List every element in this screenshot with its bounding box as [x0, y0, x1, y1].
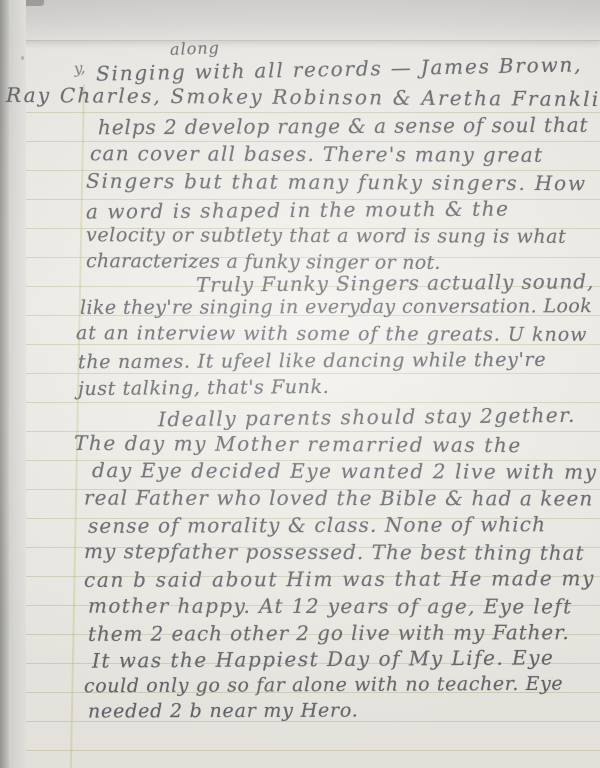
handwriting-line-07: velocity or subtlety that a word is sung…	[86, 225, 566, 249]
handwriting-line-21: mother happy. At 12 years of age, Eye le…	[88, 595, 573, 619]
handwriting-line-10: like they're singing in everyday convers…	[80, 296, 592, 320]
handwriting-line-14: Ideally parents should stay 2gether.	[158, 404, 576, 431]
handwriting-line-09: Truly Funky Singers actually sound,	[196, 270, 594, 296]
handwriting-line-11: at an interview with some of the greats.…	[76, 323, 588, 347]
handwriting-line-01: Singing with all records — James Brown,	[96, 53, 583, 85]
handwriting-line-23: It was the Happiest Day of My Life. Eye	[92, 646, 555, 672]
left-edge-highlight	[9, 0, 26, 768]
handwriting-line-24: could only go so far alone with no teach…	[84, 674, 563, 698]
handwriting-line-03: helps 2 develop range & a sense of soul …	[98, 114, 589, 140]
handwriting-line-18: sense of morality & class. None of which	[88, 513, 546, 538]
handwriting-line-20: can b said about Him was that He made my	[84, 567, 595, 592]
paper-speck	[21, 56, 24, 60]
handwriting-line-12: the names. It ufeel like dancing while t…	[78, 350, 546, 374]
inserted-word-along: along	[170, 39, 220, 59]
handwriting-line-15: The day my Mother remarried was the	[74, 432, 522, 457]
handwriting-line-17: real Father who loved the Bible & had a …	[84, 487, 593, 511]
handwriting-line-19: my stepfather possessed. The best thing …	[84, 540, 585, 565]
handwriting-line-06: a word is shaped in the mouth & the	[86, 198, 510, 224]
handwriting-line-05: Singers but that many funky singers. How	[86, 170, 587, 196]
handwriting-line-25: needed 2 b near my Hero.	[88, 701, 359, 724]
stray-mark: y,	[73, 59, 86, 77]
handwriting-line-16: day Eye decided Eye wanted 2 live with m…	[92, 459, 598, 484]
left-edge-shadow	[0, 0, 9, 768]
handwriting-line-02: Ray Charles, Smokey Robinson & Aretha Fr…	[6, 84, 600, 111]
handwriting-line-13: just talking, that's Funk.	[78, 377, 330, 401]
handwriting-line-22: them 2 each other 2 go live with my Fath…	[88, 621, 570, 646]
top-edge-shadow	[0, 0, 600, 41]
handwriting-line-04: can cover all bases. There's many great	[90, 142, 543, 167]
notebook-page: along y, Singing with all records — Jame…	[0, 0, 600, 768]
